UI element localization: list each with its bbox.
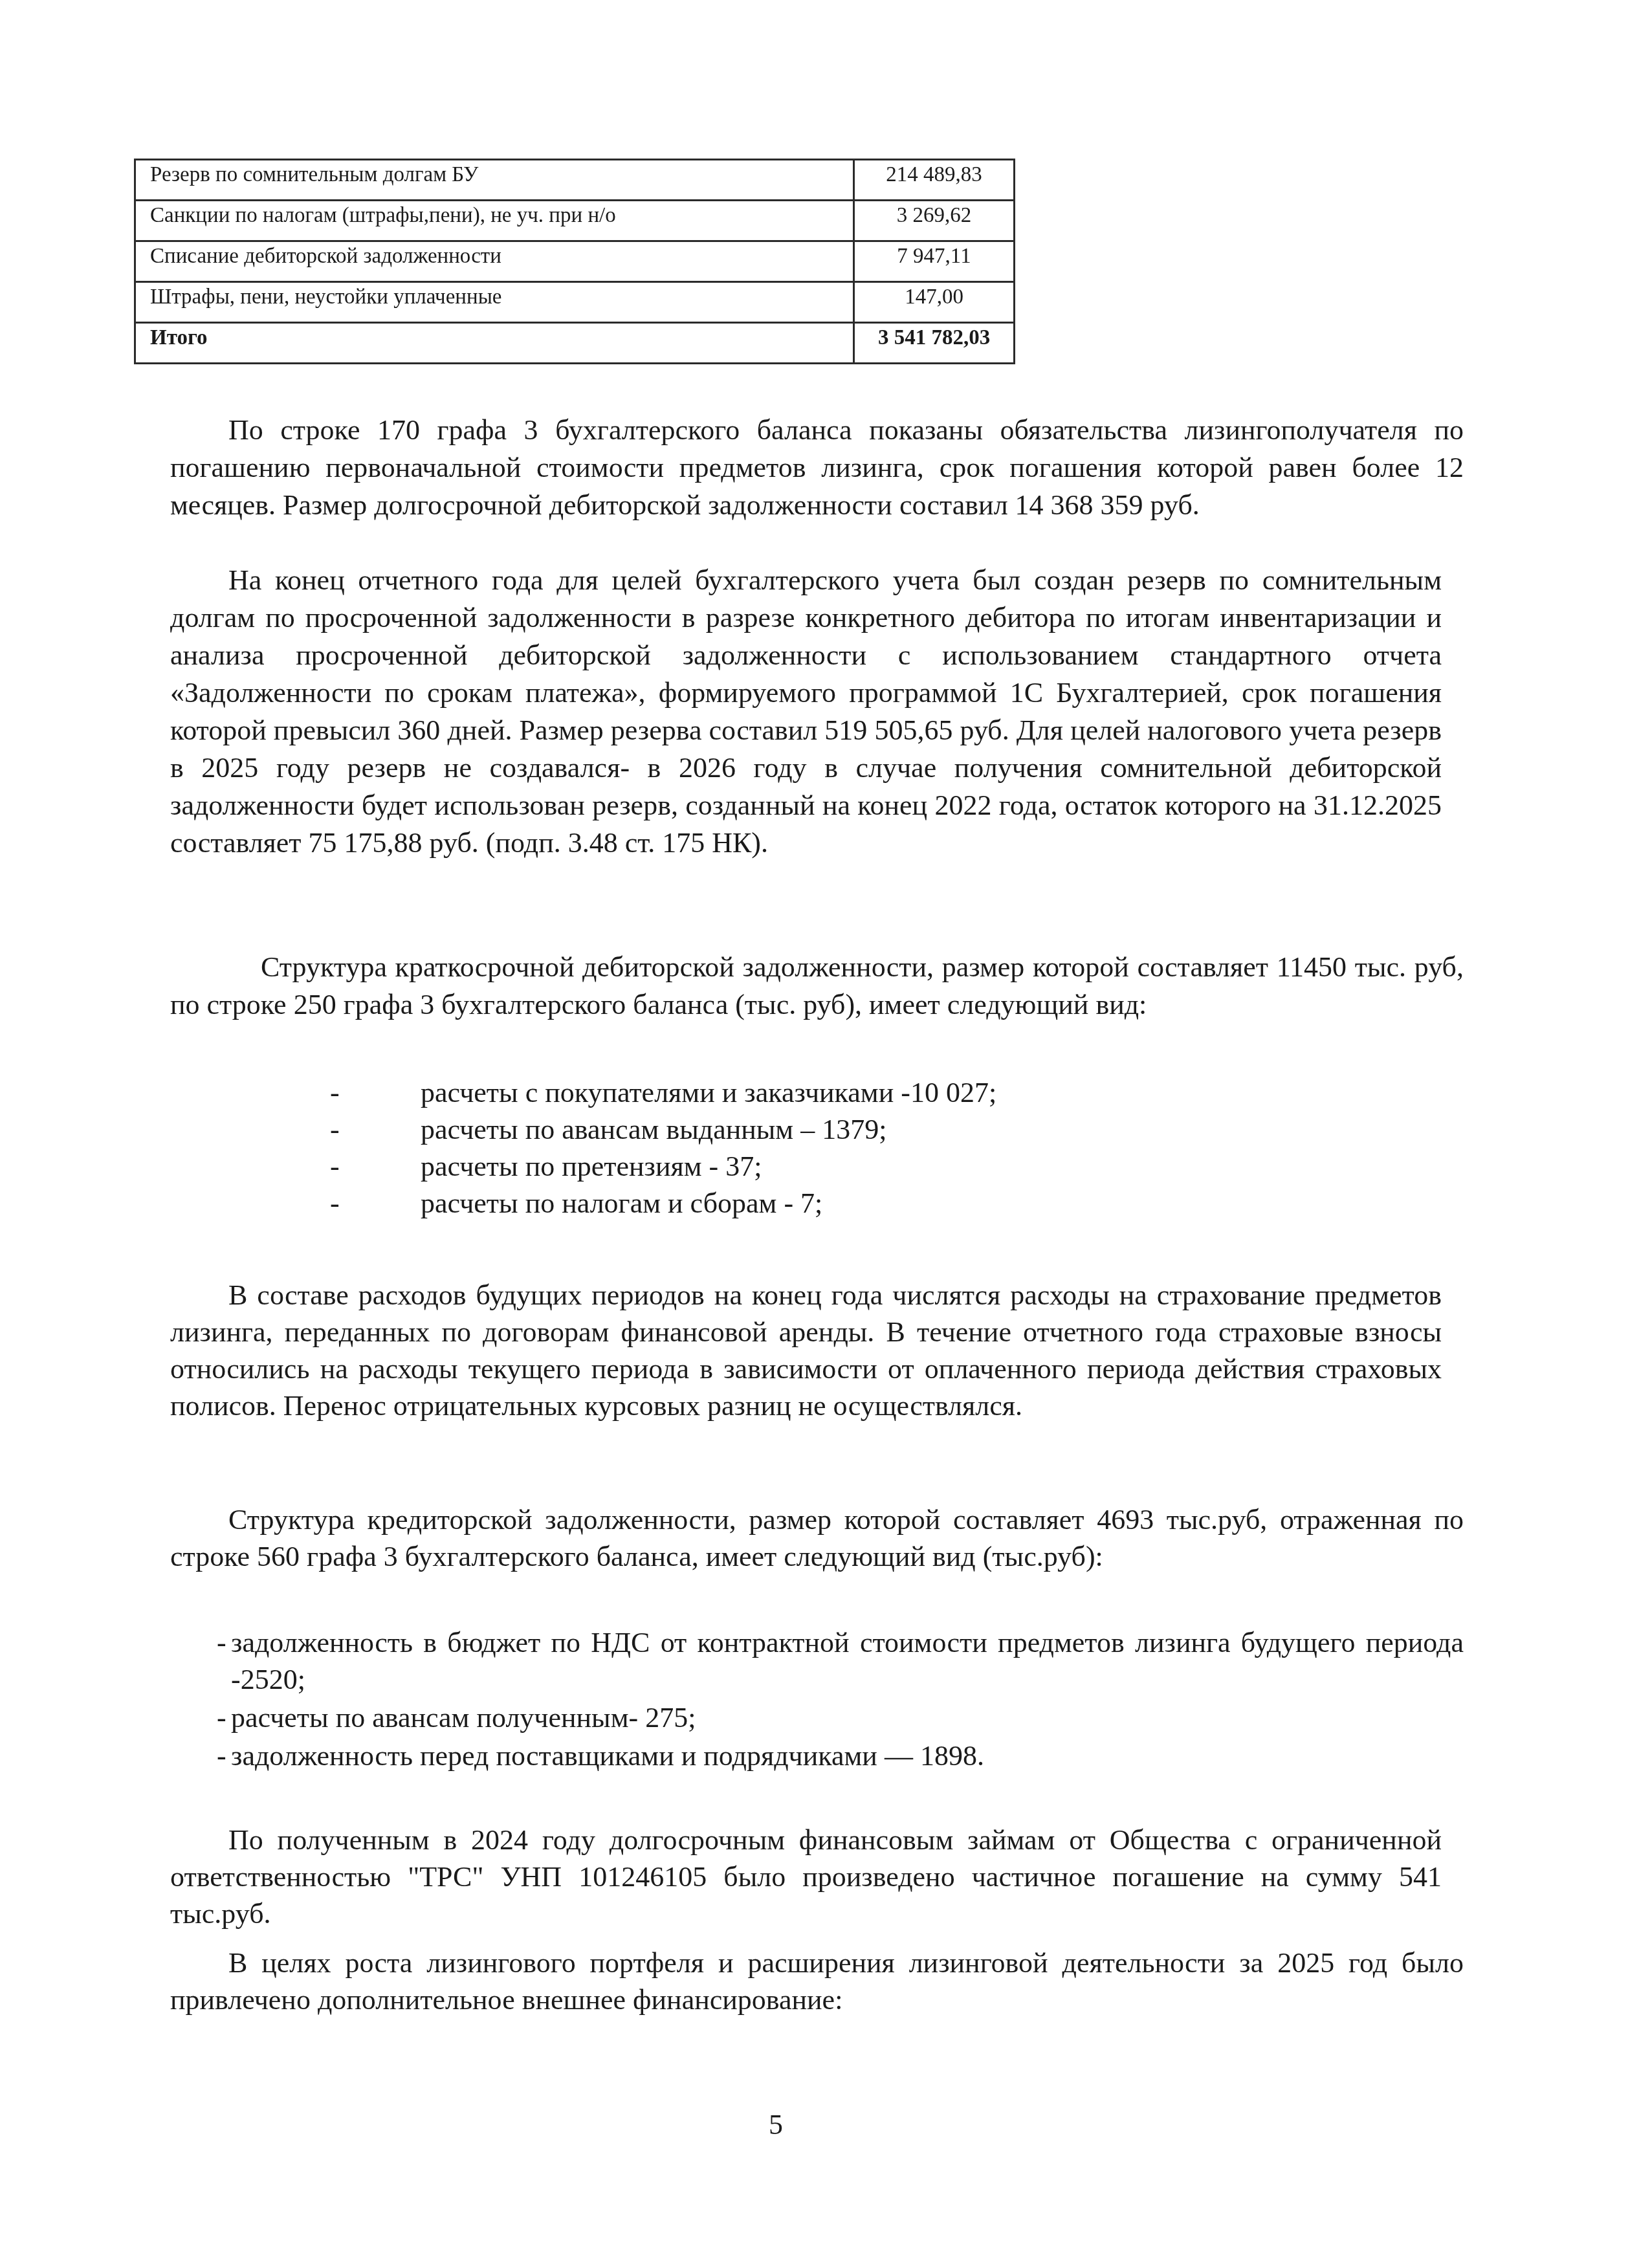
paragraph-long-term-receivables: По строке 170 графа 3 бухгалтерского бал… [170, 412, 1464, 524]
row-amount: 214 489,83 [854, 160, 1015, 201]
list-item-text: расчеты по авансам полученным- 275; [231, 1702, 696, 1734]
table-row: Резерв по сомнительным долгам БУ 214 489… [135, 160, 1015, 201]
dash-marker: - [217, 1699, 226, 1736]
row-amount: 147,00 [854, 282, 1015, 323]
payables-list: -задолженность в бюджет по НДС от контра… [217, 1624, 1464, 1776]
dash-marker: - [330, 1074, 340, 1111]
list-item-text: задолженность перед поставщиками и подря… [231, 1740, 984, 1772]
list-item: -задолженность перед поставщиками и подр… [217, 1737, 1464, 1774]
row-amount: 3 269,62 [854, 201, 1015, 241]
dash-marker: - [330, 1148, 340, 1185]
document-page: Резерв по сомнительным долгам БУ 214 489… [0, 0, 1650, 2268]
dash-marker: - [217, 1737, 226, 1774]
row-label: Списание дебиторской задолженности [135, 241, 854, 282]
dash-marker: - [330, 1111, 340, 1148]
list-item: -расчеты по авансам полученным- 275; [217, 1699, 1464, 1736]
paragraph-external-financing: В целях роста лизингового портфеля и рас… [170, 1944, 1464, 2018]
paragraph-payables-structure: Структура кредиторской задолженности, ра… [170, 1501, 1464, 1575]
total-row: Итого 3 541 782,03 [135, 323, 1015, 364]
row-label: Штрафы, пени, неустойки уплаченные [135, 282, 854, 323]
list-item-text: расчеты по авансам выданным – 1379; [421, 1114, 886, 1145]
total-label: Итого [135, 323, 854, 364]
table-row: Санкции по налогам (штрафы,пени), не уч.… [135, 201, 1015, 241]
receivables-list: -расчеты с покупателями и заказчиками -1… [324, 1074, 996, 1222]
list-item-text: расчеты по налогам и сборам - 7; [421, 1187, 822, 1219]
list-item: -расчеты с покупателями и заказчиками -1… [324, 1074, 996, 1111]
table-row: Списание дебиторской задолженности 7 947… [135, 241, 1015, 282]
row-label: Санкции по налогам (штрафы,пени), не уч.… [135, 201, 854, 241]
row-label: Резерв по сомнительным долгам БУ [135, 160, 854, 201]
paragraph-doubtful-debts-reserve: На конец отчетного года для целей бухгал… [170, 562, 1442, 862]
row-amount: 7 947,11 [854, 241, 1015, 282]
paragraph-deferred-expenses: В составе расходов будущих периодов на к… [170, 1277, 1442, 1424]
expense-table: Резерв по сомнительным долгам БУ 214 489… [134, 159, 1015, 364]
list-item: -расчеты по налогам и сборам - 7; [324, 1185, 996, 1222]
list-item: -расчеты по претензиям - 37; [324, 1148, 996, 1185]
list-item: -задолженность в бюджет по НДС от контра… [217, 1624, 1464, 1698]
dash-marker: - [330, 1185, 340, 1222]
table-row: Штрафы, пени, неустойки уплаченные 147,0… [135, 282, 1015, 323]
list-item-text: расчеты с покупателями и заказчиками -10… [421, 1077, 996, 1108]
page-number: 5 [769, 2108, 783, 2141]
list-item-text: задолженность в бюджет по НДС от контрак… [231, 1627, 1464, 1695]
paragraph-loan-repayment: По полученным в 2024 году долгосрочным ф… [170, 1822, 1442, 1932]
dash-marker: - [217, 1624, 226, 1661]
total-amount: 3 541 782,03 [854, 323, 1015, 364]
paragraph-short-term-receivables: Структура краткосрочной дебиторской задо… [170, 949, 1464, 1024]
list-item-text: расчеты по претензиям - 37; [421, 1151, 762, 1182]
list-item: -расчеты по авансам выданным – 1379; [324, 1111, 996, 1148]
